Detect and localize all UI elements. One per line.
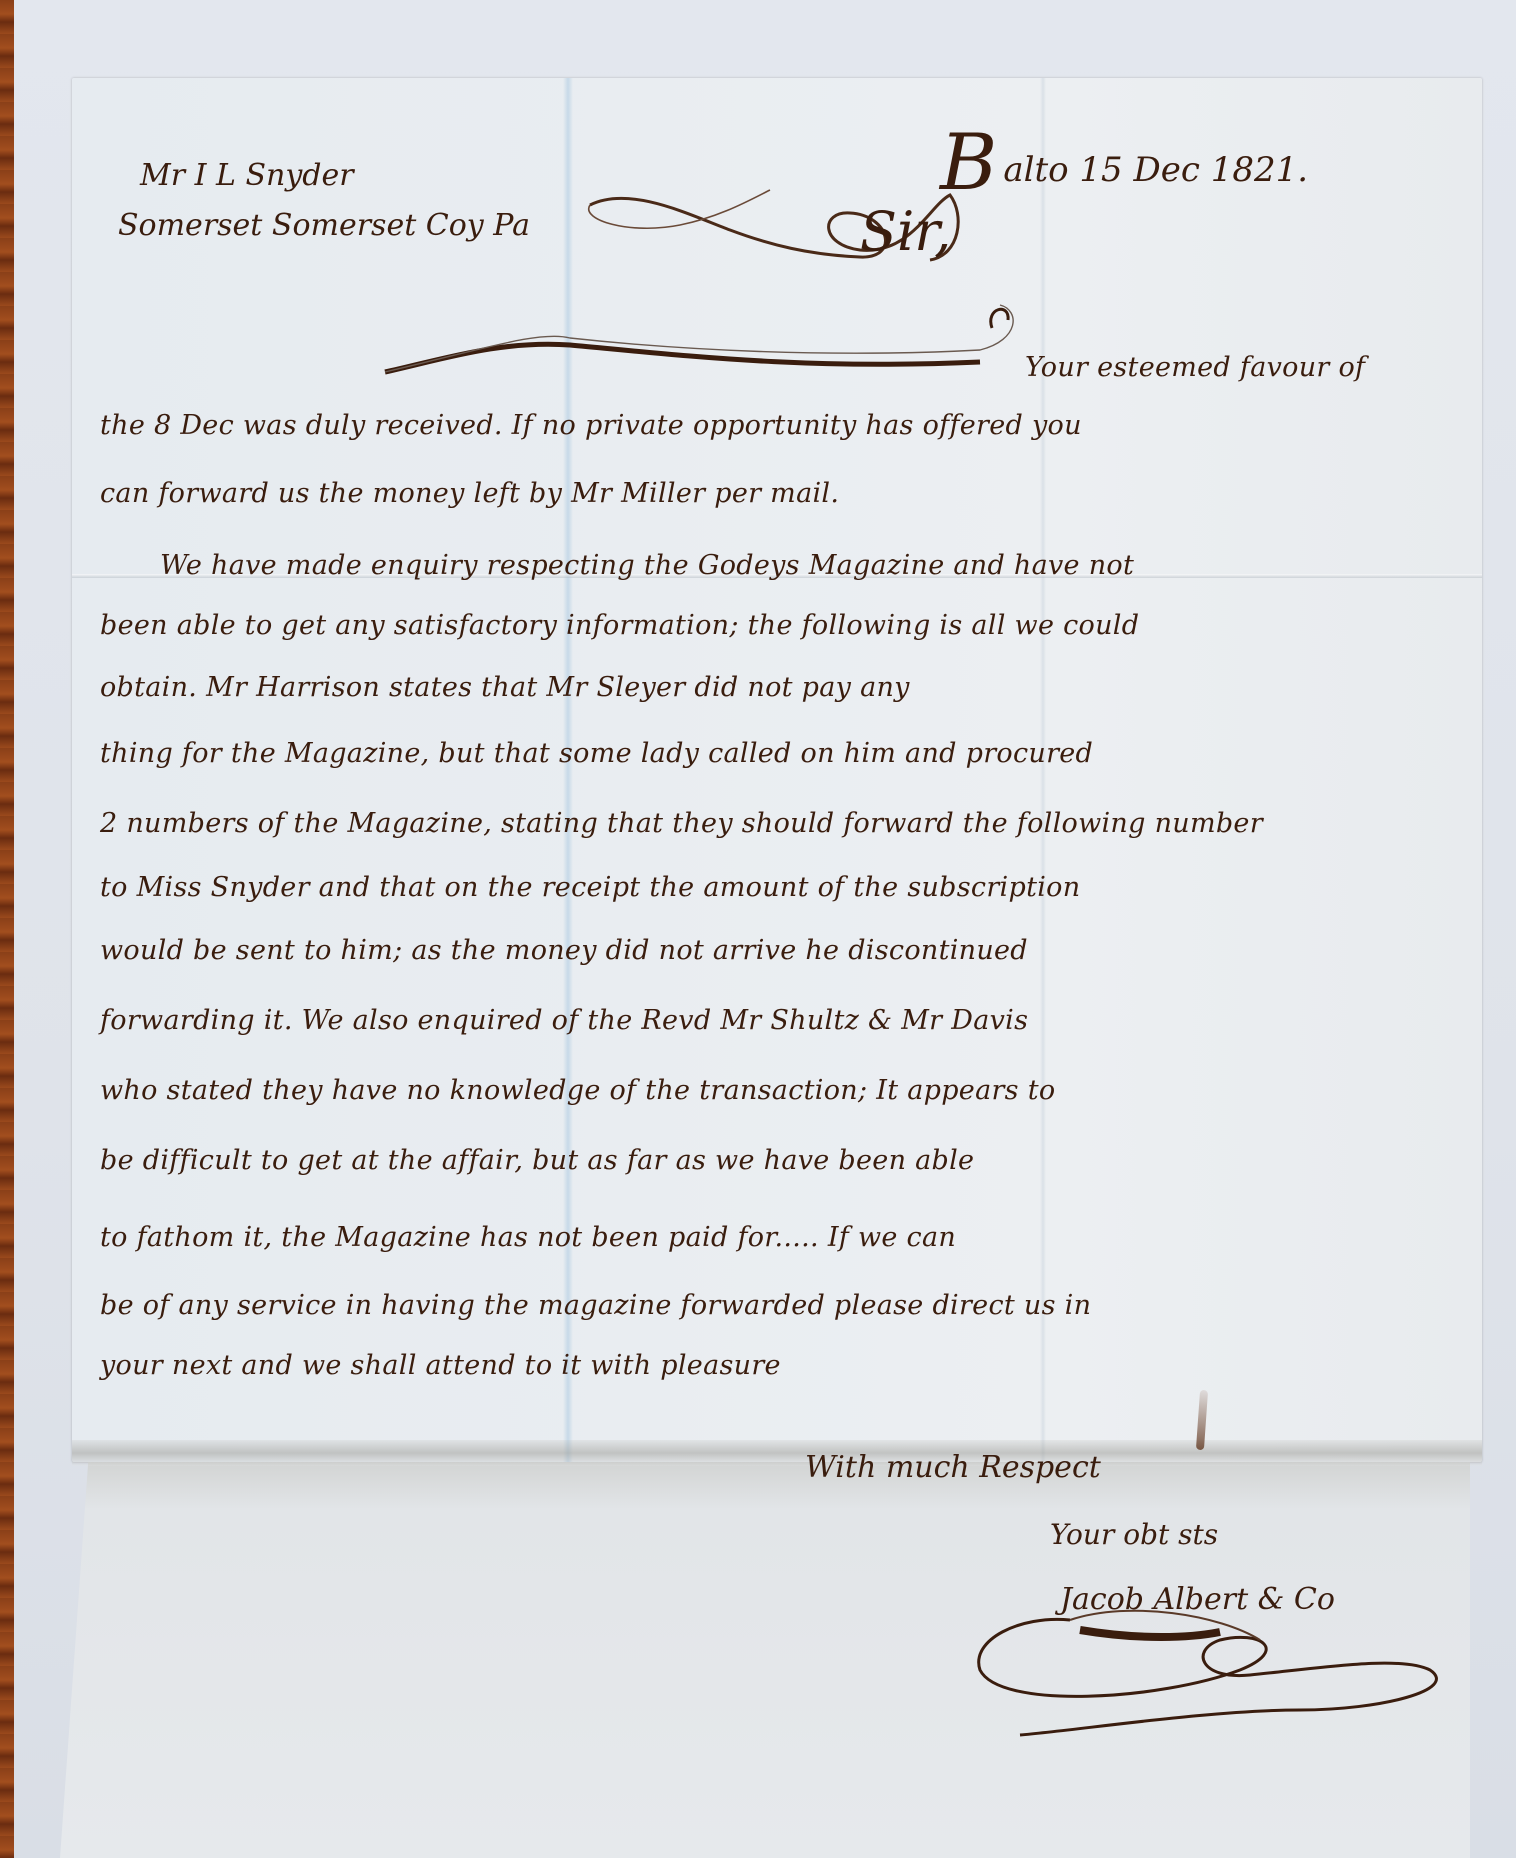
body-line-7: thing for the Magazine, but that some la… [100,738,1093,769]
body-line-16: your next and we shall attend to it with… [100,1350,781,1381]
salutation: Sir, [860,200,951,263]
bottom-fold-crease [72,1440,1482,1466]
body-line-10: would be sent to him; as the money did n… [100,935,1028,966]
place-rest: alto [1003,150,1068,190]
letter-date: 15 Dec 1821. [1079,150,1308,190]
body-line-13: be difficult to get at the affair, but a… [100,1145,974,1176]
vertical-fold-crease-right [1040,78,1046,1462]
body-line-1: Your esteemed favour of [1025,352,1365,383]
body-line-11: forwarding it. We also enquired of the R… [100,1005,1028,1036]
body-line-4: We have made enquiry respecting the Gode… [160,550,1134,581]
body-line-2: the 8 Dec was duly received. If no priva… [100,410,1082,441]
body-line-14: to fathom it, the Magazine has not been … [100,1222,956,1253]
body-line-15: be of any service in having the magazine… [100,1290,1091,1321]
letter-page-upper-panel [72,78,1482,1462]
body-line-12: who stated they have no knowledge of the… [100,1075,1055,1106]
body-line-9: to Miss Snyder and that on the receipt t… [100,872,1080,903]
opening-flourish-line [380,300,1030,390]
signature: Jacob Albert & Co [1060,1582,1335,1617]
body-line-5: been able to get any satisfactory inform… [100,610,1139,641]
closing-servants: Your obt sts [1050,1518,1218,1551]
wooden-table-edge [0,0,14,1858]
body-line-3: can forward us the money left by Mr Mill… [100,478,839,509]
body-line-6: obtain. Mr Harrison states that Mr Sleye… [100,672,910,703]
body-line-8: 2 numbers of the Magazine, stating that … [100,808,1263,839]
addressee-location: Somerset Somerset Coy Pa [118,208,530,243]
closing-respect: With much Respect [805,1450,1101,1485]
vertical-fold-crease [563,78,573,1462]
addressee-name: Mr I L Snyder [140,158,354,193]
